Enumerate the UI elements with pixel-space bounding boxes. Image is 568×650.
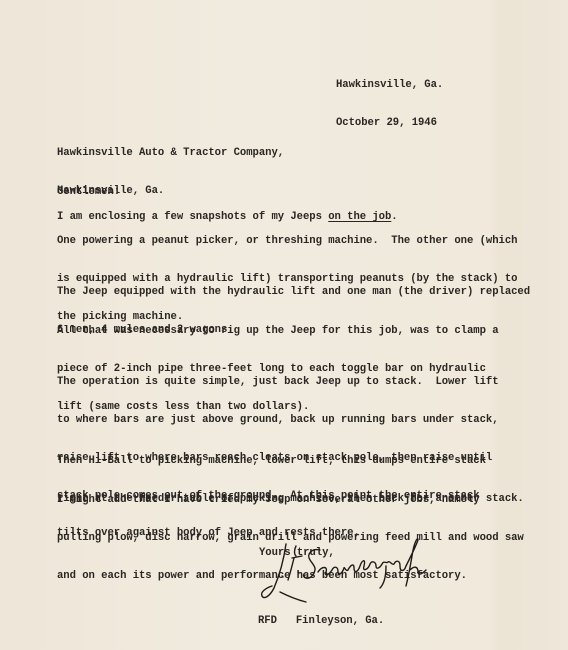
sender-address: RFD Finleyson, Ga. — [258, 590, 384, 650]
heading-place: Hawkinsville, Ga. — [336, 79, 443, 92]
recipient-name: Hawkinsville Auto & Tractor Company, — [57, 147, 284, 160]
heading-date: October 29, 1946 — [336, 117, 443, 130]
letter-page: Hawkinsville, Ga. October 29, 1946 Hawki… — [0, 0, 568, 650]
letter-heading: Hawkinsville, Ga. October 29, 1946 — [336, 54, 443, 155]
